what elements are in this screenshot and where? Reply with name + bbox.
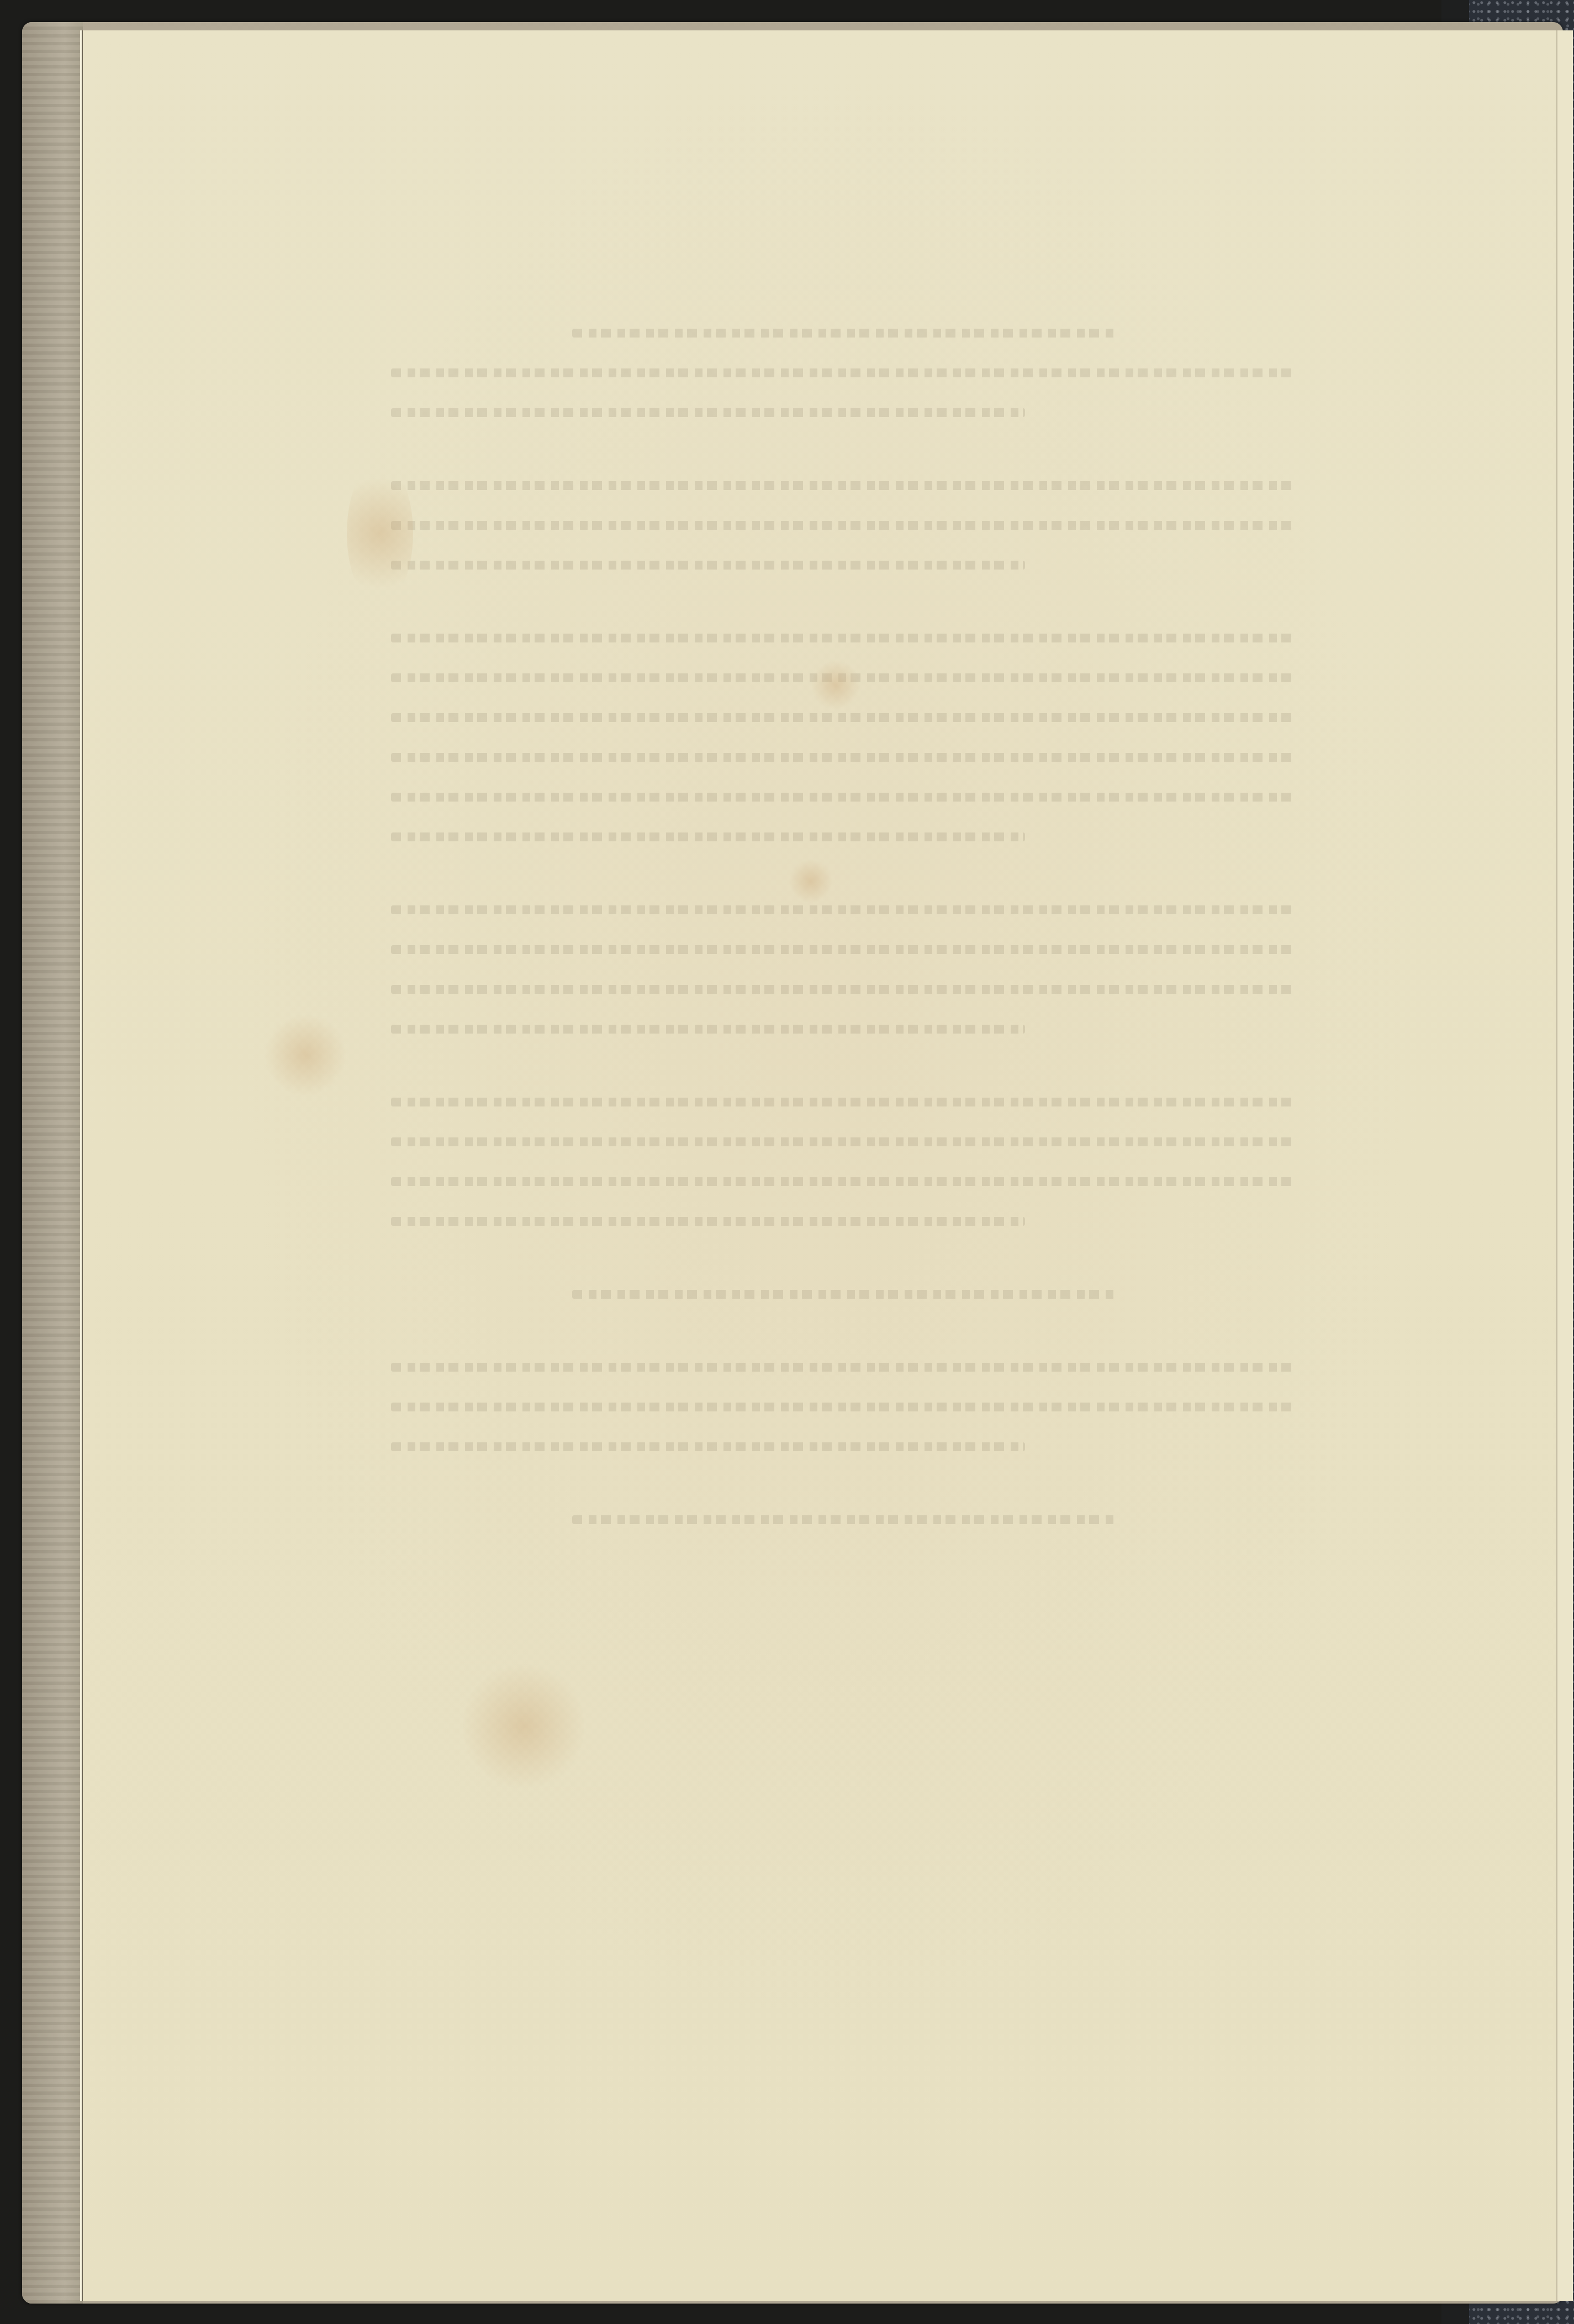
foxing-stain: [264, 1014, 347, 1097]
page-gutter-fold: [1556, 30, 1573, 2301]
scan-canvas: [0, 0, 1574, 2324]
page-stack-edge: [22, 22, 83, 2304]
foxing-stain: [347, 461, 413, 605]
foxing-stain: [789, 859, 833, 903]
bleed-through-text: [391, 329, 1297, 2096]
foxing-stain: [463, 1660, 584, 1793]
blank-page: [80, 30, 1573, 2301]
foxing-stain: [811, 660, 860, 710]
